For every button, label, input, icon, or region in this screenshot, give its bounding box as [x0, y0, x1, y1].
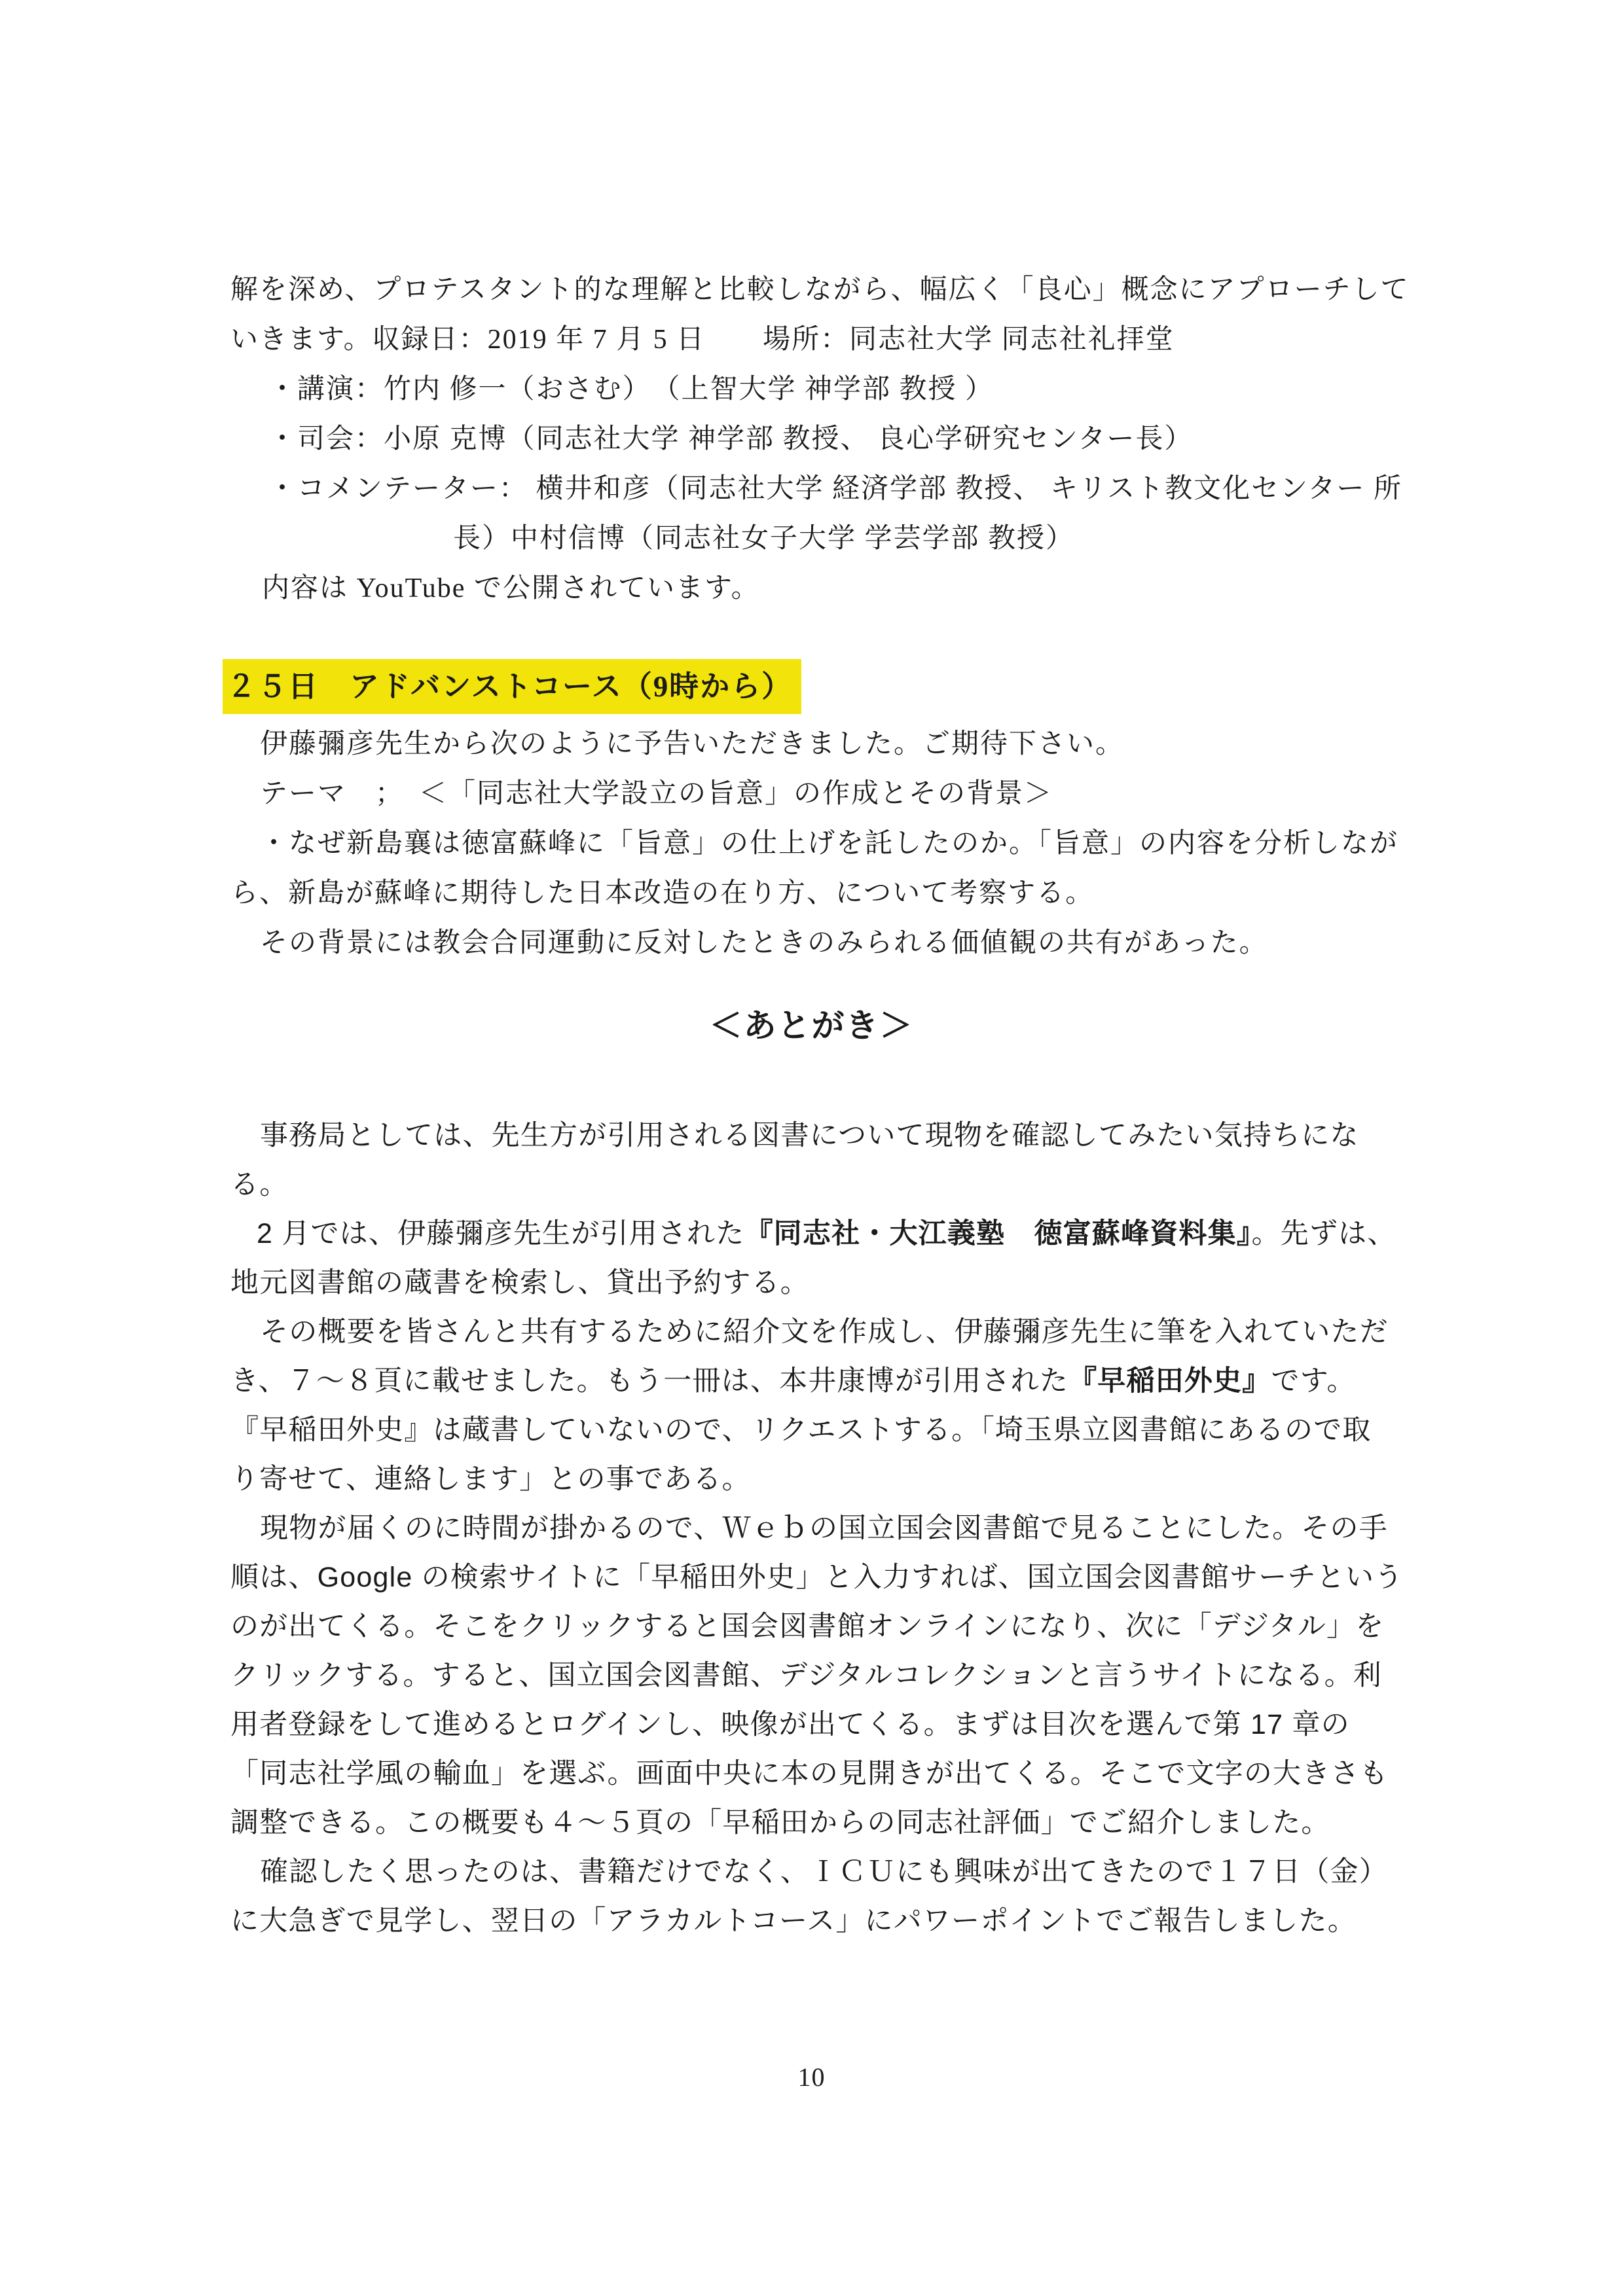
text-line: 地元図書館の蔵書を検索し、貸出予約する。: [230, 1259, 1415, 1308]
text-line: 長）中村信博（同志社女子大学 学芸学部 教授）: [230, 514, 1415, 564]
text-segment: テーマ ； ＜「同志社大学設立の旨意」の作成とその背景＞: [260, 779, 1053, 809]
text-segment: いきます。収録日：2019 年 7 月 5 日 場所：同志社大学 同志社礼拝堂: [230, 325, 1175, 355]
text-line: ら、新島が蘇峰に期待した日本改造の在り方、について考察する。: [230, 869, 1415, 918]
section-advanced-course: 伊藤彌彦先生から次のように予告いただきました。ご期待下さい。テーマ ； ＜「同志…: [230, 719, 1415, 968]
text-segment: 用者登録をして進めるとログインし、映像が出てくる。まずは目次を選んで第 17 章…: [230, 1709, 1350, 1740]
text-segment: クリックする。すると、国立国会図書館、デジタルコレクションと言うサイトになる。利: [230, 1660, 1382, 1691]
section-afterword: 事務局としては、先生方が引用される図書について現物を確認してみたい気持ちになる。…: [230, 1111, 1415, 1946]
text-segment: 伊藤彌彦先生から次のように予告いただきました。ご期待下さい。: [260, 729, 1124, 759]
text-line: 順は、Google の検索サイトに「早稲田外史」と入力すれば、国立国会図書館サー…: [230, 1553, 1415, 1602]
afterword-heading: ＜あとがき＞: [0, 1005, 1623, 1047]
text-line: 調整できる。この概要も４～５頁の「早稲田からの同志社評価」でご紹介しました。: [230, 1799, 1415, 1848]
text-line: いきます。収録日：2019 年 7 月 5 日 場所：同志社大学 同志社礼拝堂: [230, 315, 1415, 365]
text-line: ・講演：竹内 修一（おさむ） （上智大学 神学部 教授 ）: [230, 365, 1415, 414]
bold-text-segment: 『早稲田外史』: [1068, 1365, 1271, 1397]
text-segment: に大急ぎで見学し、翌日の「アラカルトコース」にパワーポイントでご報告しました。: [230, 1905, 1357, 1937]
text-line: 内容は YouTube で公開されています。: [230, 564, 1415, 613]
text-segment: 地元図書館の蔵書を検索し、貸出予約する。: [230, 1267, 809, 1299]
text-segment: る。: [230, 1169, 288, 1200]
text-segment: ・講演：竹内 修一（おさむ） （上智大学 神学部 教授 ）: [268, 374, 994, 404]
text-segment: 2 月では、伊藤彌彦先生が引用された: [257, 1218, 744, 1249]
text-segment: 順は、Google の検索サイトに「早稲田外史」と入力すれば、国立国会図書館サー…: [230, 1562, 1403, 1593]
text-line: テーマ ； ＜「同志社大学設立の旨意」の作成とその背景＞: [230, 769, 1415, 819]
text-segment: その背景には教会合同運動に反対したときのみられる価値観の共有があった。: [260, 928, 1268, 958]
text-segment: ・コメンテーター： 横井和彦（同志社大学 経済学部 教授、 キリスト教文化センタ…: [268, 474, 1402, 504]
text-line: 2 月では、伊藤彌彦先生が引用された『同志社・大江義塾 徳富蘇峰資料集』。先ずは…: [230, 1210, 1415, 1259]
text-line: き、７～８頁に載せました。もう一冊は、本井康博が引用された『早稲田外史』です。: [230, 1357, 1415, 1406]
text-line: その概要を皆さんと共有するために紹介文を作成し、伊藤彌彦先生に筆を入れていただ: [230, 1308, 1415, 1357]
text-line: る。: [230, 1160, 1415, 1210]
text-segment: その概要を皆さんと共有するために紹介文を作成し、伊藤彌彦先生に筆を入れていただ: [260, 1316, 1389, 1348]
text-segment: 現物が届くのに時間が掛かるので、Ｗｅｂの国立国会図書館で見ることにした。その手: [260, 1513, 1388, 1544]
text-line: ・コメンテーター： 横井和彦（同志社大学 経済学部 教授、 キリスト教文化センタ…: [230, 464, 1415, 514]
text-line: クリックする。すると、国立国会図書館、デジタルコレクションと言うサイトになる。利: [230, 1651, 1415, 1700]
text-segment: のが出てくる。そこをクリックすると国会図書館オンラインになり、次に「デジタル」を: [230, 1611, 1384, 1642]
bold-text-segment: 『同志社・大江義塾 徳富蘇峰資料集』: [744, 1218, 1251, 1249]
text-line: ・司会：小原 克博（同志社大学 神学部 教授、 良心学研究センター長）: [230, 414, 1415, 464]
text-line: 『早稲田外史』は蔵書していないので、リクエストする。「埼玉県立図書館にあるので取: [230, 1406, 1415, 1455]
text-line: ・なぜ新島襄は徳富蘇峰に「旨意」の仕上げを託したのか。「旨意」の内容を分析しなが: [230, 819, 1415, 869]
text-segment: ・なぜ新島襄は徳富蘇峰に「旨意」の仕上げを託したのか。「旨意」の内容を分析しなが: [260, 829, 1398, 859]
text-segment: ら、新島が蘇峰に期待した日本改造の在り方、について考察する。: [230, 878, 1094, 908]
text-segment: 長）中村信博（同志社女子大学 学芸学部 教授）: [453, 524, 1074, 554]
text-line: のが出てくる。そこをクリックすると国会図書館オンラインになり、次に「デジタル」を: [230, 1602, 1415, 1651]
text-line: 確認したく思ったのは、書籍だけでなく、ＩＣＵにも興味が出てきたので１７日（金）: [230, 1848, 1415, 1897]
text-line: 「同志社学風の輸血」を選ぶ。画面中央に本の見開きが出てくる。そこで文字の大きさも: [230, 1749, 1415, 1799]
text-line: 解を深め、プロテスタント的な理解と比較しながら、幅広く「良心」概念にアプローチし…: [230, 265, 1415, 315]
page-number: 10: [0, 2062, 1623, 2092]
text-segment: 事務局としては、先生方が引用される図書について現物を確認してみたい気持ちにな: [260, 1120, 1359, 1151]
text-segment: 。先ずは、: [1252, 1218, 1396, 1249]
advanced-course-heading-row: ２５日 アドバンストコース（9時から）: [223, 659, 801, 714]
text-segment: です。: [1271, 1365, 1356, 1397]
text-segment: ・司会：小原 克博（同志社大学 神学部 教授、 良心学研究センター長）: [268, 424, 1193, 454]
text-line: その背景には教会合同運動に反対したときのみられる価値観の共有があった。: [230, 918, 1415, 968]
text-segment: 調整できる。この概要も４～５頁の「早稲田からの同志社評価」でご紹介しました。: [230, 1807, 1330, 1839]
text-line: 現物が届くのに時間が掛かるので、Ｗｅｂの国立国会図書館で見ることにした。その手: [230, 1504, 1415, 1553]
text-segment: 確認したく思ったのは、書籍だけでなく、ＩＣＵにも興味が出てきたので１７日（金）: [260, 1856, 1388, 1888]
text-line: 用者登録をして進めるとログインし、映像が出てくる。まずは目次を選んで第 17 章…: [230, 1700, 1415, 1749]
text-segment: 『早稲田外史』は蔵書していないので、リクエストする。「埼玉県立図書館にあるので取: [230, 1414, 1372, 1446]
text-line: 伊藤彌彦先生から次のように予告いただきました。ご期待下さい。: [230, 719, 1415, 769]
text-line: 事務局としては、先生方が引用される図書について現物を確認してみたい気持ちにな: [230, 1111, 1415, 1160]
document-page: 解を深め、プロテスタント的な理解と比較しながら、幅広く「良心」概念にアプローチし…: [0, 0, 1623, 2296]
text-segment: き、７～８頁に載せました。もう一冊は、本井康博が引用された: [230, 1365, 1068, 1397]
text-segment: 内容は YouTube で公開されています。: [262, 573, 760, 603]
advanced-course-heading: ２５日 アドバンストコース（9時から）: [223, 659, 801, 714]
text-line: に大急ぎで見学し、翌日の「アラカルトコース」にパワーポイントでご報告しました。: [230, 1897, 1415, 1946]
text-line: り寄せて、連絡します」との事である。: [230, 1455, 1415, 1504]
text-segment: 「同志社学風の輸血」を選ぶ。画面中央に本の見開きが出てくる。そこで文字の大きさも: [230, 1758, 1389, 1789]
text-segment: り寄せて、連絡します」との事である。: [230, 1463, 751, 1495]
text-segment: 解を深め、プロテスタント的な理解と比較しながら、幅広く「良心」概念にアプローチし…: [230, 275, 1410, 305]
section-lecture-info: 解を深め、プロテスタント的な理解と比較しながら、幅広く「良心」概念にアプローチし…: [230, 265, 1415, 613]
